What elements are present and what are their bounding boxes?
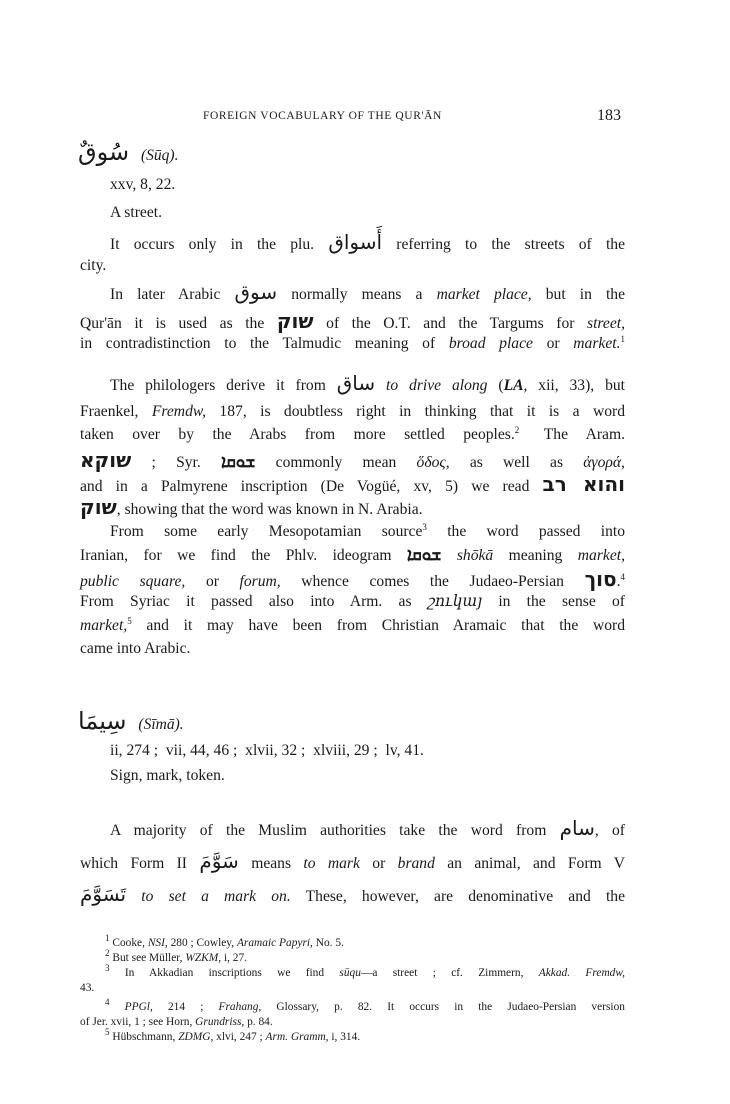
paragraph-line: market,5 and it may have been from Chris… [80, 616, 625, 636]
paragraph-line: שוק, showing that the word was known in … [80, 497, 625, 520]
paragraph-line: שוקא ; Syr. ܫܘܩܐ commonly mean ὅδος, as … [80, 450, 625, 473]
paragraph-line: came into Arabic. [80, 639, 625, 659]
paragraph-line: It occurs only in the plu. أَسواق referr… [110, 232, 625, 255]
arabic-headword: سُوقٌ [78, 138, 129, 166]
headword-suq: سُوقٌ (Sūq). [78, 138, 178, 166]
arabic-word: سام [560, 816, 595, 840]
footnote-4-cont: of Jer. xvii, 1 ; see Horn, Grundriss, p… [80, 1015, 625, 1029]
meaning: Sign, mark, token. [110, 766, 625, 786]
hebrew-word: שוק [277, 309, 314, 333]
hebrew-word: שוק [80, 495, 117, 519]
paragraph-line: From some early Mesopotamian source3 the… [110, 522, 625, 542]
footnote-2: 2 But see Müller, WZKM, i, 27. [105, 951, 625, 965]
footnote-ref: 1 [620, 334, 625, 344]
references: ii, 274 ; vii, 44, 46 ; xlvii, 32 ; xlvi… [110, 741, 625, 761]
paragraph-line: public square, or forum, whence comes th… [80, 569, 625, 592]
paragraph-line: taken over by the Arabs from more settle… [80, 425, 625, 445]
paragraph-line: In later Arabic سوق normally means a mar… [110, 282, 625, 305]
arabic-word: سَوَّمَ [199, 849, 238, 873]
arabic-word: أَسواق [328, 230, 382, 254]
footnote-3: 3 In Akkadian inscriptions we find sūqu—… [105, 966, 625, 980]
paragraph-line: تَسَوَّمَ to set a mark on. These, howev… [80, 884, 625, 907]
transliteration: (Sīmā). [138, 716, 183, 733]
footnote-4: 4 PPGl, 214 ; Frahang, Glossary, p. 82. … [105, 1000, 625, 1014]
armenian-word: շուկայ [428, 593, 482, 610]
footnote-5: 5 Hübschmann, ZDMG, xlvi, 247 ; Arm. Gra… [105, 1030, 625, 1044]
arabic-word: تَسَوَّمَ [80, 882, 126, 906]
paragraph-line: A majority of the Muslim authorities tak… [110, 818, 625, 841]
hebrew-word: סוך [585, 567, 617, 591]
pahlavi-word: ܫܘܩܐ [407, 545, 441, 565]
syriac-word: ܫܘܩܐ [221, 452, 255, 472]
greek-word: ὅδος, [417, 454, 450, 471]
meaning: A street. [110, 203, 625, 223]
paragraph-line: The philologers derive it from ساق to dr… [110, 373, 625, 396]
footnote-1: 1 Cooke, NSI, 280 ; Cowley, Aramaic Papy… [105, 936, 625, 950]
running-title: FOREIGN VOCABULARY OF THE QUR'ĀN [203, 110, 442, 122]
headword-sima: سِيمَا (Sīmā). [78, 707, 184, 735]
hebrew-word: והוא רב [543, 472, 625, 496]
arabic-word: ساق [337, 371, 375, 395]
paragraph-line: which Form II سَوَّمَ means to mark or b… [80, 851, 625, 874]
paragraph-line: and in a Palmyrene inscription (De Vogüé… [80, 474, 625, 497]
paragraph-line: Qur'ān it is used as the שוק of the O.T.… [80, 311, 625, 334]
paragraph-line: Fraenkel, Fremdw, 187, is doubtless righ… [80, 402, 625, 422]
footnote-3-cont: 43. [80, 981, 625, 995]
book-page: FOREIGN VOCABULARY OF THE QUR'ĀN 183 سُو… [0, 0, 730, 1104]
references: xxv, 8, 22. [110, 175, 625, 195]
paragraph-line: city. [80, 256, 625, 276]
arabic-word: سوق [235, 280, 278, 304]
hebrew-word: שוקא [80, 448, 131, 472]
transliteration: (Sūq). [141, 147, 178, 164]
paragraph-line: From Syriac it passed also into Arm. as … [80, 592, 625, 612]
greek-word: ἀγορά, [583, 454, 625, 471]
paragraph-line: in contradistinction to the Talmudic mea… [80, 334, 625, 354]
arabic-headword: سِيمَا [78, 707, 127, 735]
paragraph-line: Iranian, for we find the Phlv. ideogram … [80, 545, 625, 566]
page-number: 183 [597, 107, 621, 125]
